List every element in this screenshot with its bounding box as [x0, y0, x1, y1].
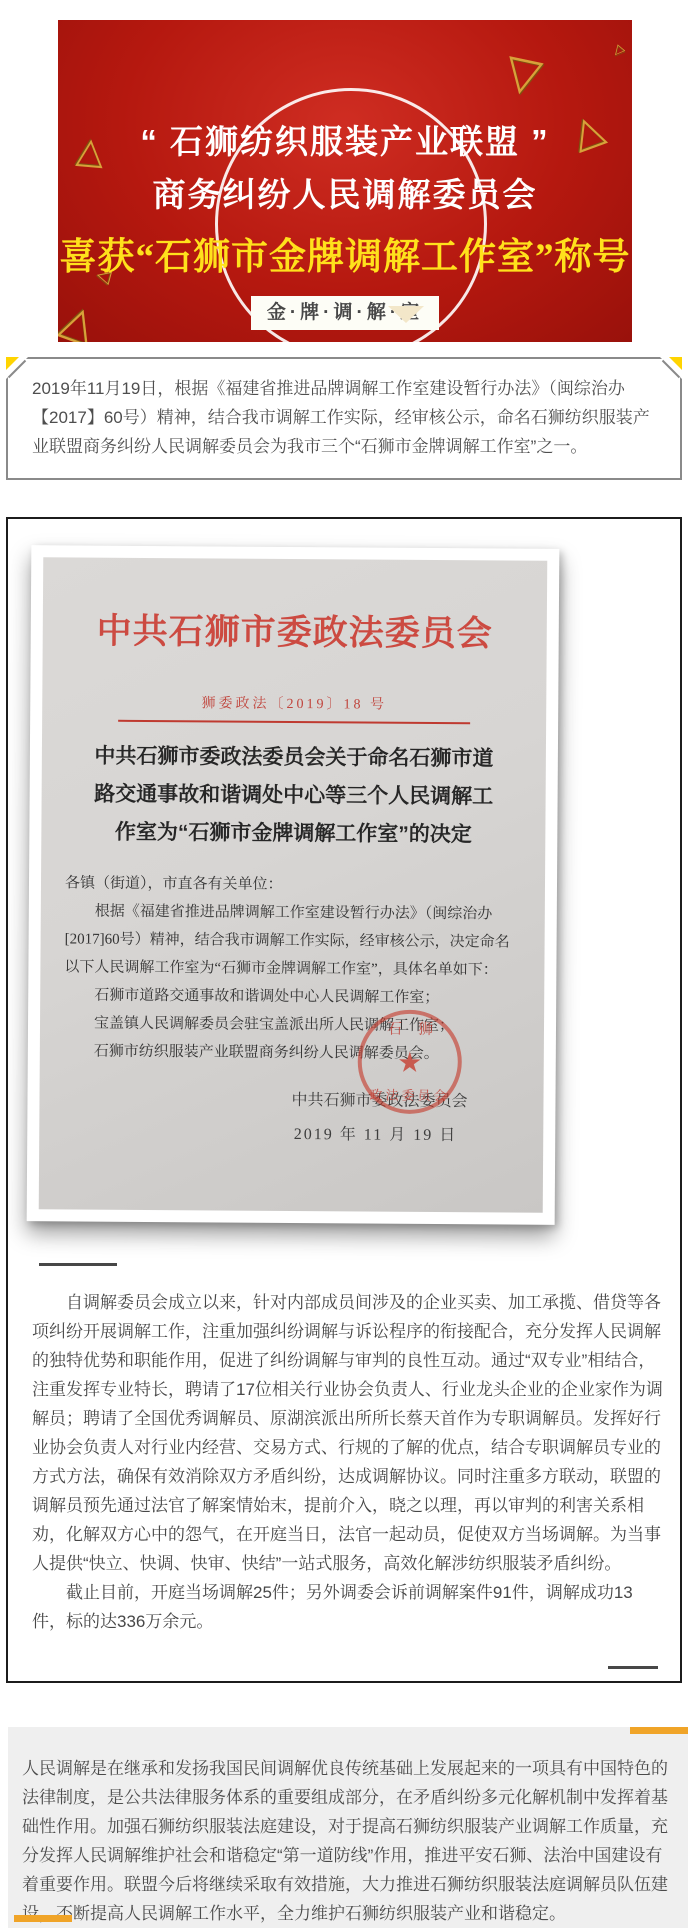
signature-org: 中共石狮市委政法委员会 — [63, 1085, 467, 1116]
signature-block: 中共石狮市委政法委员会 2019 年 11 月 19 日 — [63, 1085, 519, 1150]
report-paragraph-1: 自调解委员会成立以来，针对内部成员间涉及的企业买卖、加工承揽、借贷等各项纠纷开展… — [32, 1288, 666, 1578]
orange-dash-decoration — [630, 1727, 688, 1734]
signature-date: 2019 年 11 月 19 日 — [63, 1119, 467, 1150]
document-subject: 中共石狮市委政法委员会关于命名石狮市道路交通事故和谐调处中心等三个人民调解工作室… — [91, 738, 496, 855]
document-number: 狮委政法〔2019〕18 号 — [66, 691, 522, 714]
orange-dash-decoration — [14, 1915, 72, 1922]
gold-triangle-icon: ▽ — [611, 42, 627, 58]
banner-image: ▽ ▽ ▽ ▽ ▽ ▽ “ 石狮纺织服装产业联盟 ” 商务纠纷人民调解委员会 喜… — [58, 20, 632, 342]
gold-triangle-icon: ▽ — [502, 47, 546, 99]
document-paper: 中共石狮市委政法委员会 狮委政法〔2019〕18 号 中共石狮市委政法委员会关于… — [39, 557, 548, 1213]
document-section-box: 中共石狮市委政法委员会 狮委政法〔2019〕18 号 中共石狮市委政法委员会关于… — [6, 517, 682, 1683]
footer-paragraph: 人民调解是在继承和发扬我国民间调解优良传统基础上发展起来的一项具有中国特色的法律… — [22, 1754, 674, 1928]
list-item: 石狮市纺织服装产业联盟商务纠纷人民调解委员会。 — [64, 1037, 520, 1068]
footer-summary-box: 人民调解是在继承和发扬我国民间调解优良传统基础上发展起来的一项具有中国特色的法律… — [8, 1727, 688, 1928]
document-body-paragraph: 根据《福建省推进品牌调解工作室建设暂行办法》（闽综治办[2017]60号）精神，… — [64, 897, 521, 984]
official-document-photo: 中共石狮市委政法委员会 狮委政法〔2019〕18 号 中共石狮市委政法委员会关于… — [27, 545, 560, 1225]
document-named-list: 石狮市道路交通事故和谐调处中心人民调解工作室； 宝盖镇人民调解委员会驻宝盖派出所… — [64, 981, 521, 1068]
report-text-section: 自调解委员会成立以来，针对内部成员间涉及的企业买卖、加工承揽、借贷等各项纠纷开展… — [29, 1288, 668, 1636]
report-paragraph-2: 截止目前，开庭当场调解25件；另外调委会诉前调解案件91件，调解成功13件，标的… — [32, 1578, 666, 1636]
document-salutation: 各镇（街道），市直各有关单位： — [65, 869, 521, 900]
gold-triangle-icon: ▽ — [58, 302, 100, 342]
separator-dash-bottom — [608, 1666, 658, 1669]
intro-paragraph: 2019年11月19日，根据《福建省推进品牌调解工作室建设暂行办法》（闽综治办【… — [32, 374, 658, 461]
list-item: 石狮市道路交通事故和谐调处中心人民调解工作室； — [64, 981, 520, 1012]
intro-quote-box: 2019年11月19日，根据《福建省推进品牌调解工作室建设暂行办法》（闽综治办【… — [6, 357, 682, 480]
red-divider-line — [118, 720, 470, 724]
document-org-title: 中共石狮市委政法委员会 — [67, 603, 523, 656]
down-triangle-decoration — [388, 306, 424, 323]
banner-award-line: 喜获“石狮市金牌调解工作室”称号 — [58, 226, 632, 280]
banner-title-line1: “ 石狮纺织服装产业联盟 ” — [58, 116, 632, 163]
list-item: 宝盖镇人民调解委员会驻宝盖派出所人民调解工作室； — [64, 1009, 520, 1040]
banner-title-line2: 商务纠纷人民调解委员会 — [58, 169, 632, 216]
separator-dash-top — [39, 1263, 117, 1266]
